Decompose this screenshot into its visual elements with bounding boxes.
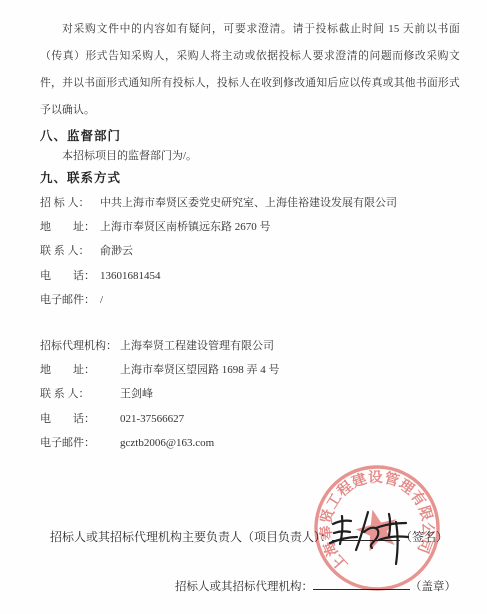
agency-contact-block: 招标代理机构： 上海奉贤工程建设管理有限公司 地 址： 上海市奉贤区望园路 16…: [40, 334, 460, 455]
tenderer-contact-block: 招 标 人： 中共上海市奉贤区委党史研究室、上海佳裕建设发展有限公司 地 址： …: [40, 191, 460, 312]
section-9-heading: 九、联系方式: [40, 168, 460, 188]
agency-email-value: gcztb2006@163.com: [120, 431, 214, 455]
clarification-paragraph: 对采购文件中的内容如有疑问，可要求澄清。请于投标截止时间 15 天前以书面（传真…: [40, 16, 460, 124]
tenderer-name-label: 招 标 人：: [40, 191, 100, 215]
tenderer-contact-person-row: 联 系 人： 俞渺云: [40, 239, 460, 263]
tenderer-phone-value: 13601681454: [100, 264, 161, 288]
tenderer-email-label: 电子邮件：: [40, 288, 100, 312]
organization-stamp-line: 招标人或其招标代理机构：（盖章）: [175, 576, 460, 595]
tenderer-address-label: 地 址：: [40, 215, 100, 239]
section-8-heading: 八、监督部门: [40, 126, 460, 146]
stamp-suffix: （盖章）: [410, 581, 456, 593]
agency-email-row: 电子邮件： gcztb2006@163.com: [40, 431, 460, 455]
tenderer-email-value: /: [100, 288, 103, 312]
handwritten-signature: [326, 504, 414, 566]
stamp-blank-field: [313, 576, 410, 590]
signature-blank-field: [332, 527, 400, 541]
tenderer-email-row: 电子邮件： /: [40, 288, 460, 312]
section-8-body: 本招标项目的监督部门为/。: [40, 146, 460, 166]
project-leader-signature-label: 招标人或其招标代理机构主要负责人（项目负责人）：: [50, 530, 332, 544]
agency-name-row: 招标代理机构： 上海奉贤工程建设管理有限公司: [40, 334, 460, 358]
agency-name-label: 招标代理机构：: [40, 334, 120, 358]
tenderer-name-value: 中共上海市奉贤区委党史研究室、上海佳裕建设发展有限公司: [100, 191, 397, 215]
tenderer-phone-label: 电 话：: [40, 264, 100, 288]
agency-contact-person-value: 王剑峰: [120, 382, 153, 406]
tenderer-contact-person-value: 俞渺云: [100, 239, 133, 263]
agency-contact-person-label: 联 系 人：: [40, 382, 120, 406]
agency-address-label: 地 址：: [40, 358, 120, 382]
tenderer-phone-row: 电 话： 13601681454: [40, 264, 460, 288]
agency-email-label: 电子邮件：: [40, 431, 120, 455]
tenderer-address-value: 上海市奉贤区南桥镇远东路 2670 号: [100, 215, 271, 239]
agency-address-row: 地 址： 上海市奉贤区望园路 1698 弄 4 号: [40, 358, 460, 382]
document-content: 对采购文件中的内容如有疑问，可要求澄清。请于投标截止时间 15 天前以书面（传真…: [40, 0, 460, 595]
agency-phone-value: 021-37566627: [120, 407, 184, 431]
tenderer-address-row: 地 址： 上海市奉贤区南桥镇远东路 2670 号: [40, 215, 460, 239]
agency-address-value: 上海市奉贤区望园路 1698 弄 4 号: [120, 358, 280, 382]
tenderer-name-row: 招 标 人： 中共上海市奉贤区委党史研究室、上海佳裕建设发展有限公司: [40, 191, 460, 215]
agency-phone-label: 电 话：: [40, 407, 120, 431]
agency-phone-row: 电 话： 021-37566627: [40, 407, 460, 431]
tenderer-contact-person-label: 联 系 人：: [40, 239, 100, 263]
organization-stamp-label: 招标人或其招标代理机构：: [175, 581, 313, 593]
document-page: 对采购文件中的内容如有疑问，可要求澄清。请于投标截止时间 15 天前以书面（传真…: [0, 0, 487, 614]
agency-contact-person-row: 联 系 人： 王剑峰: [40, 382, 460, 406]
project-leader-signature-line: 招标人或其招标代理机构主要负责人（项目负责人）： （签名）: [50, 527, 460, 546]
agency-name-value: 上海奉贤工程建设管理有限公司: [120, 334, 274, 358]
